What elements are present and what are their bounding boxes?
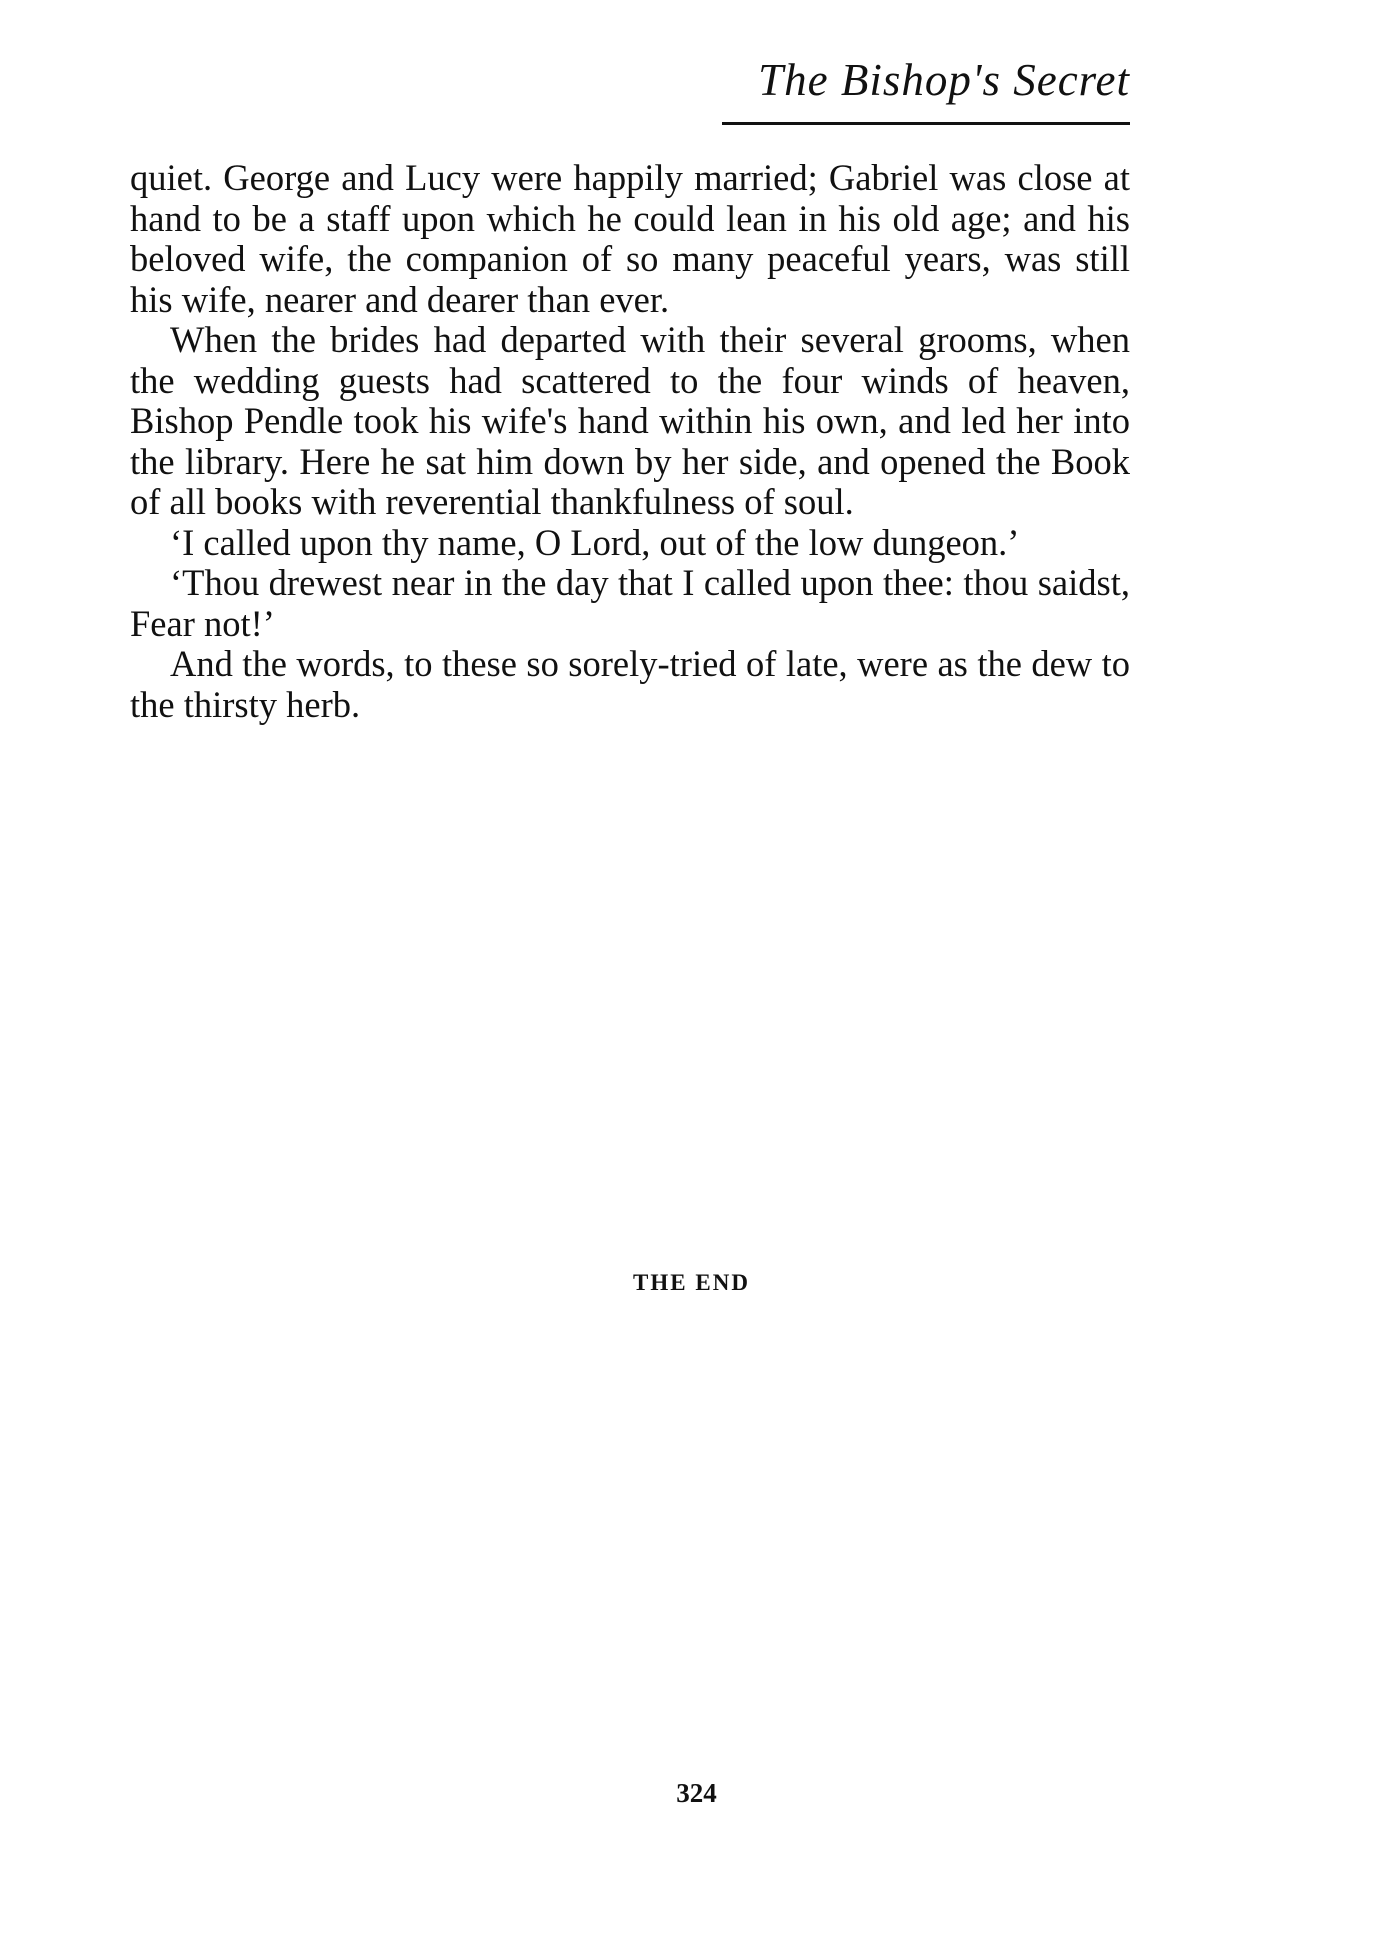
paragraph: ‘Thou drewest near in the day that I cal… (130, 563, 1130, 644)
running-head-title: The Bishop's Secret (700, 50, 1130, 110)
header-rule (722, 122, 1130, 125)
paragraph: ‘I called upon thy name, O Lord, out of … (130, 523, 1130, 564)
page-number: 324 (0, 1778, 1373, 1809)
body-text: quiet. George and Lucy were happily marr… (130, 158, 1130, 725)
paragraph: And the words, to these so sorely-tried … (130, 644, 1130, 725)
paragraph: When the brides had departed with their … (130, 320, 1130, 523)
end-marker: THE END (0, 1270, 1373, 1296)
paragraph: quiet. George and Lucy were happily marr… (130, 158, 1130, 320)
